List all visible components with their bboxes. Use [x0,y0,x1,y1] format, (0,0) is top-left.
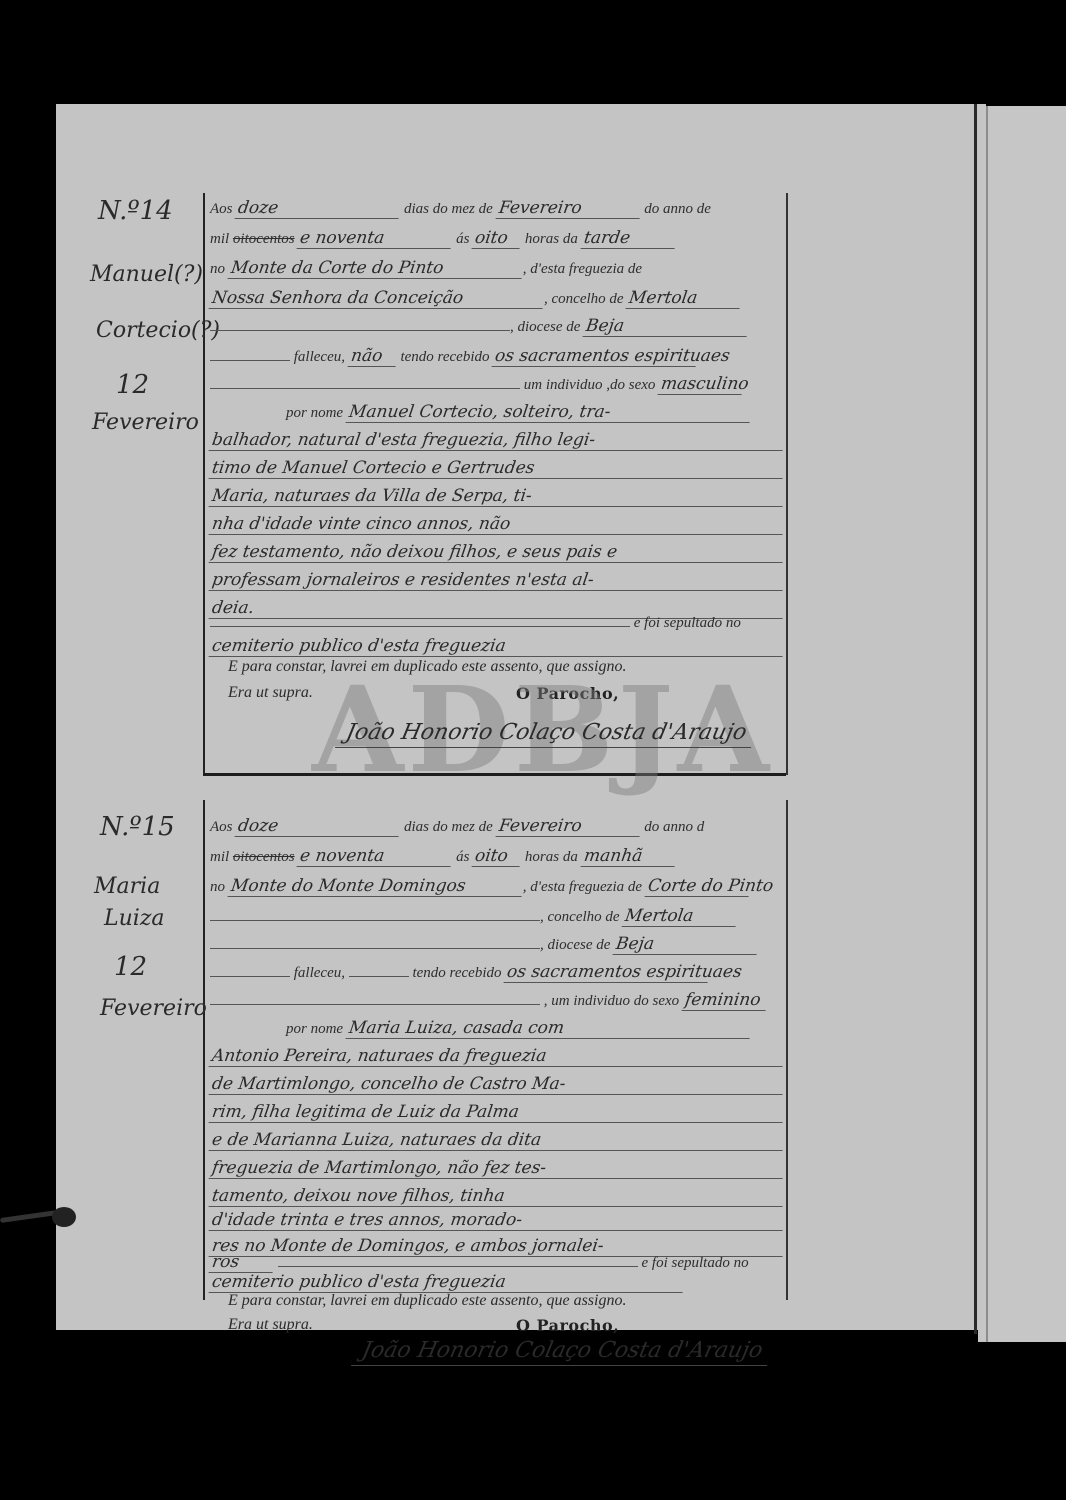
hw-body-line: Maria, naturaes da Villa de Serpa, ti- [209,486,786,507]
record-line: nha d'idade vinte cinco annos, não [210,514,786,544]
hw-county: Mertola [622,906,739,927]
record-line: , diocese de Beja [210,934,786,964]
hw-sex: feminino [681,990,768,1011]
record-line: , concelho de Mertola [210,906,786,936]
margin-day: 12 [116,370,149,400]
hw-diocese: Beja [583,316,750,337]
margin-name-line1: Maria [94,874,160,899]
hw-day: doze [235,198,402,219]
record-line: e de Marianna Luiza, naturaes da dita [210,1130,786,1160]
hw-place: Monte do Monte Domingos [227,876,524,897]
binding-clip [0,1205,80,1225]
record-line: no Monte da Corte do Pinto, d'esta fregu… [210,258,786,288]
record-line: fez testamento, não deixou filhos, e seu… [210,542,786,572]
entry-separator [203,773,786,776]
record-line: timo de Manuel Cortecio e Gertrudes [210,458,786,488]
column-rule-right [786,193,788,775]
record-line: , um individuo do sexo feminino [210,990,786,1020]
record-line: falleceu, não tendo recebido os sacramen… [210,346,786,376]
hw-sacraments: os sacramentos espirituaes [492,346,699,367]
record-line: rim, filha legitima de Luiz da Palma [210,1102,786,1132]
hw-body-line: tamento, deixou nove filhos, tinha [209,1186,786,1207]
record-line: professam jornaleiros e residentes n'est… [210,570,786,600]
hw-hour: oito [472,228,523,249]
hw-not: não [347,346,398,367]
entry-number: N.º15 [100,812,175,842]
hw-body-line: professam jornaleiros e residentes n'est… [209,570,786,591]
hw-body-line: e de Marianna Luiza, naturaes da dita [209,1130,786,1151]
era-ut-supra: Era ut supra. [228,1316,313,1334]
record-line: por nome Manuel Cortecio, solteiro, tra- [210,402,786,432]
hw-burial: cemiterio publico d'esta freguezia [209,636,786,657]
hw-month: Fevereiro [495,198,642,219]
hw-body-line: timo de Manuel Cortecio e Gertrudes [209,458,786,479]
hw-sacraments: os sacramentos espirituaes [504,962,711,983]
hw-body-line: balhador, natural d'esta freguezia, filh… [209,430,786,451]
margin-name-line2: Cortecio(?) [96,318,220,343]
parocho-label: O Parocho, [516,1316,619,1335]
margin-name-line1: Manuel(?) [90,262,203,287]
hw-county: Mertola [626,288,743,309]
closing-statement: E para constar, lavrei em duplicado este… [228,658,626,676]
closing-statement: E para constar, lavrei em duplicado este… [228,1292,626,1310]
hw-day: doze [235,816,402,837]
record-line: mil oitocentos e noventa ás oito horas d… [210,846,786,876]
hw-month: Fevereiro [495,816,642,837]
column-rule-left [203,193,205,775]
hw-body-line: Manuel Cortecio, solteiro, tra- [345,402,752,423]
margin-month: Fevereiro [100,996,207,1021]
era-ut-supra: Era ut supra. [228,684,313,702]
hw-diocese: Beja [613,934,760,955]
hw-body-line: freguezia de Martimlongo, não fez tes- [209,1158,786,1179]
record-line: balhador, natural d'esta freguezia, filh… [210,430,786,460]
record-line: Aos doze dias do mez de Fevereiro do ann… [210,816,786,846]
record-line: Nossa Senhora da Conceição, concelho de … [210,288,786,318]
record-line: um individuo ,do sexo masculino [210,374,786,404]
hw-parish: Corte do Pinto [644,876,751,897]
hw-body-line: de Martimlongo, concelho de Castro Ma- [209,1074,786,1095]
priest-signature: João Honorio Colaço Costa d'Araujo [351,1338,773,1366]
hw-body-line: ros [209,1252,276,1273]
column-rule-right [786,800,788,1300]
column-rule-left [203,800,205,1300]
priest-signature: João Honorio Colaço Costa d'Araujo [335,720,757,748]
hw-period: manhã [580,846,677,867]
record-line: por nome Maria Luiza, casada com [210,1018,786,1048]
margin-month: Fevereiro [92,410,199,435]
parocho-label: O Parocho, [516,684,619,703]
hw-place: Monte da Corte do Pinto [227,258,524,279]
record-line: mil oitocentos e noventa ás oito horas d… [210,228,786,258]
record-line: de Martimlongo, concelho de Castro Ma- [210,1074,786,1104]
hw-body-line: nha d'idade vinte cinco annos, não [209,514,786,535]
book-gutter [974,104,977,1334]
hw-burial: cemiterio publico d'esta freguezia [209,1272,686,1293]
hw-parish: Nossa Senhora da Conceição [209,288,546,309]
facing-page-edge [978,106,1066,1342]
hw-year: e noventa [297,228,454,249]
record-line: , diocese de Beja [210,316,786,346]
margin-day: 12 [114,952,147,982]
hw-hour: oito [472,846,523,867]
record-line: Maria, naturaes da Villa de Serpa, ti- [210,486,786,516]
hw-body-line: fez testamento, não deixou filhos, e seu… [209,542,786,563]
hw-body-line: Antonio Pereira, naturaes da freguezia [209,1046,786,1067]
hw-body-line: rim, filha legitima de Luiz da Palma [209,1102,786,1123]
record-line: Aos doze dias do mez de Fevereiro do ann… [210,198,786,228]
hw-sex: masculino [658,374,745,395]
record-line: no Monte do Monte Domingos, d'esta fregu… [210,876,786,906]
hw-year: e noventa [297,846,454,867]
hw-body-line: Maria Luiza, casada com [345,1018,752,1039]
hw-period: tarde [580,228,677,249]
record-line [210,1222,786,1252]
record-line: freguezia de Martimlongo, não fez tes- [210,1158,786,1188]
record-line: Antonio Pereira, naturaes da freguezia [210,1046,786,1076]
margin-name-line2: Luiza [104,906,165,931]
record-line: falleceu, tendo recebido os sacramentos … [210,962,786,992]
entry-number: N.º14 [98,196,173,226]
